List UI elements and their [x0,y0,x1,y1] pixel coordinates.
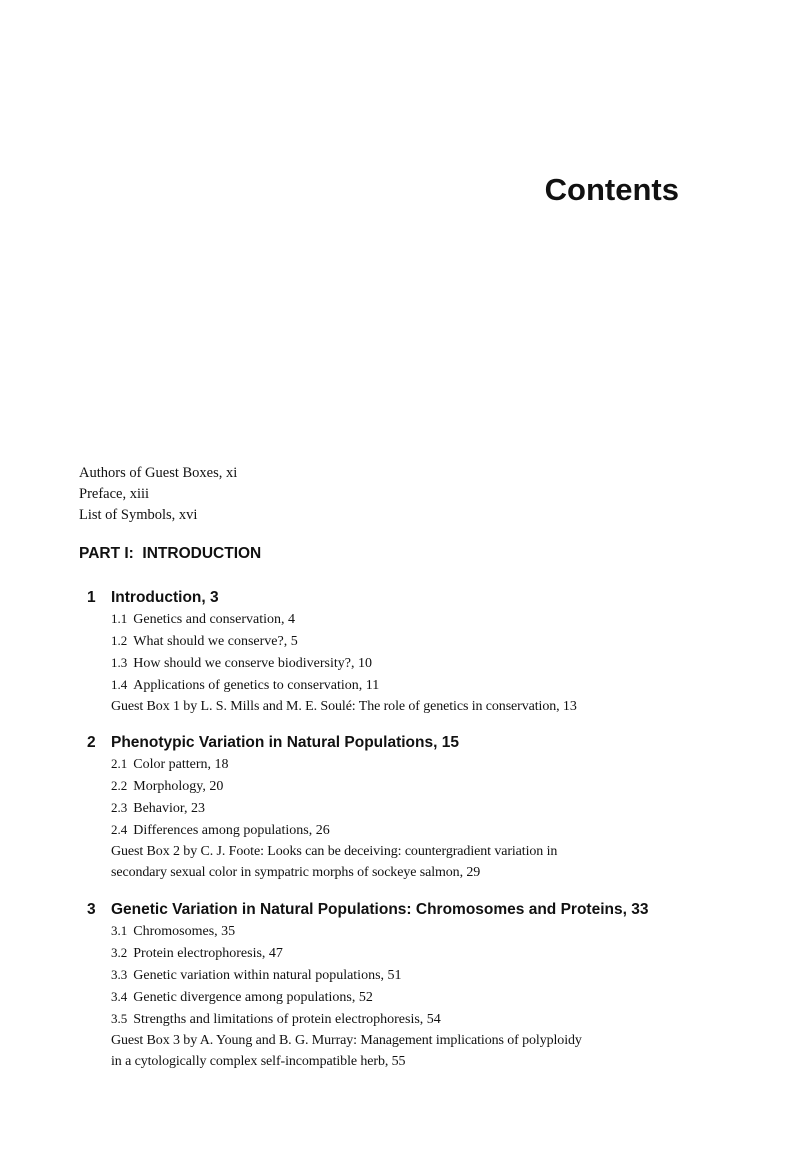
section-number: 3.2 [111,942,127,963]
section-entry: 2.2Morphology, 20 [111,775,557,797]
chapter-title: Phenotypic Variation in Natural Populati… [111,732,459,753]
section-label: What should we conserve?, 5 [133,634,297,649]
guest-box-entry-continued: in a cytologically complex self-incompat… [111,1051,648,1072]
section-label: Genetic divergence among populations, 52 [133,990,373,1005]
section-number: 2.1 [111,753,127,774]
front-matter-item: List of Symbols, xvi [79,505,237,526]
section-entry: 1.4Applications of genetics to conservat… [111,674,577,696]
guest-box-entry: Guest Box 3 by A. Young and B. G. Murray… [111,1030,648,1051]
section-number: 2.3 [111,797,127,818]
guest-box-entry-continued: secondary sexual color in sympatric morp… [111,862,557,883]
section-number: 1.2 [111,630,127,651]
section-number: 3.1 [111,920,127,941]
chapter-number: 3 [87,899,111,920]
part-heading: PART I: INTRODUCTION [79,545,261,563]
section-entry: 1.1Genetics and conservation, 4 [111,608,577,630]
section-number: 1.1 [111,608,127,629]
guest-box-entry: Guest Box 1 by L. S. Mills and M. E. Sou… [111,696,577,717]
section-number: 3.4 [111,986,127,1007]
section-entry: 1.2What should we conserve?, 5 [111,630,577,652]
section-number: 2.4 [111,819,127,840]
section-label: Applications of genetics to conservation… [133,678,379,693]
section-number: 3.5 [111,1008,127,1029]
chapter-entries: 3.1Chromosomes, 35 3.2Protein electropho… [111,920,648,1072]
front-matter-item: Authors of Guest Boxes, xi [79,463,237,484]
section-label: Behavior, 23 [133,801,205,816]
section-entry: 2.1Color pattern, 18 [111,753,557,775]
section-label: Protein electrophoresis, 47 [133,946,283,961]
chapter-3: 3 Genetic Variation in Natural Populatio… [87,899,648,1072]
chapter-heading: 1 Introduction, 3 [87,587,577,608]
section-label: Strengths and limitations of protein ele… [133,1012,441,1027]
section-entry: 3.3Genetic variation within natural popu… [111,964,648,986]
section-label: How should we conserve biodiversity?, 10 [133,656,372,671]
chapter-heading: 2 Phenotypic Variation in Natural Popula… [87,732,557,753]
section-entry: 3.1Chromosomes, 35 [111,920,648,942]
chapter-entries: 2.1Color pattern, 18 2.2Morphology, 20 2… [111,753,557,883]
chapter-1: 1 Introduction, 3 1.1Genetics and conser… [87,587,577,717]
chapter-2: 2 Phenotypic Variation in Natural Popula… [87,732,557,883]
section-label: Morphology, 20 [133,779,223,794]
page-title: Contents [545,172,679,208]
chapter-entries: 1.1Genetics and conservation, 4 1.2What … [111,608,577,717]
section-number: 2.2 [111,775,127,796]
section-entry: 2.3Behavior, 23 [111,797,557,819]
section-number: 1.3 [111,652,127,673]
section-label: Color pattern, 18 [133,757,228,772]
section-label: Chromosomes, 35 [133,924,235,939]
front-matter-list: Authors of Guest Boxes, xi Preface, xiii… [79,463,237,526]
section-label: Genetics and conservation, 4 [133,612,295,627]
chapter-number: 1 [87,587,111,608]
section-entry: 3.5Strengths and limitations of protein … [111,1008,648,1030]
guest-box-entry: Guest Box 2 by C. J. Foote: Looks can be… [111,841,557,862]
chapter-heading: 3 Genetic Variation in Natural Populatio… [87,899,648,920]
chapter-title: Introduction, 3 [111,587,219,608]
section-entry: 3.2Protein electrophoresis, 47 [111,942,648,964]
front-matter-item: Preface, xiii [79,484,237,505]
section-number: 1.4 [111,674,127,695]
section-label: Genetic variation within natural populat… [133,968,401,983]
section-number: 3.3 [111,964,127,985]
chapter-number: 2 [87,732,111,753]
chapter-title: Genetic Variation in Natural Populations… [111,899,648,920]
section-entry: 1.3How should we conserve biodiversity?,… [111,652,577,674]
section-label: Differences among populations, 26 [133,823,329,838]
section-entry: 2.4Differences among populations, 26 [111,819,557,841]
section-entry: 3.4Genetic divergence among populations,… [111,986,648,1008]
